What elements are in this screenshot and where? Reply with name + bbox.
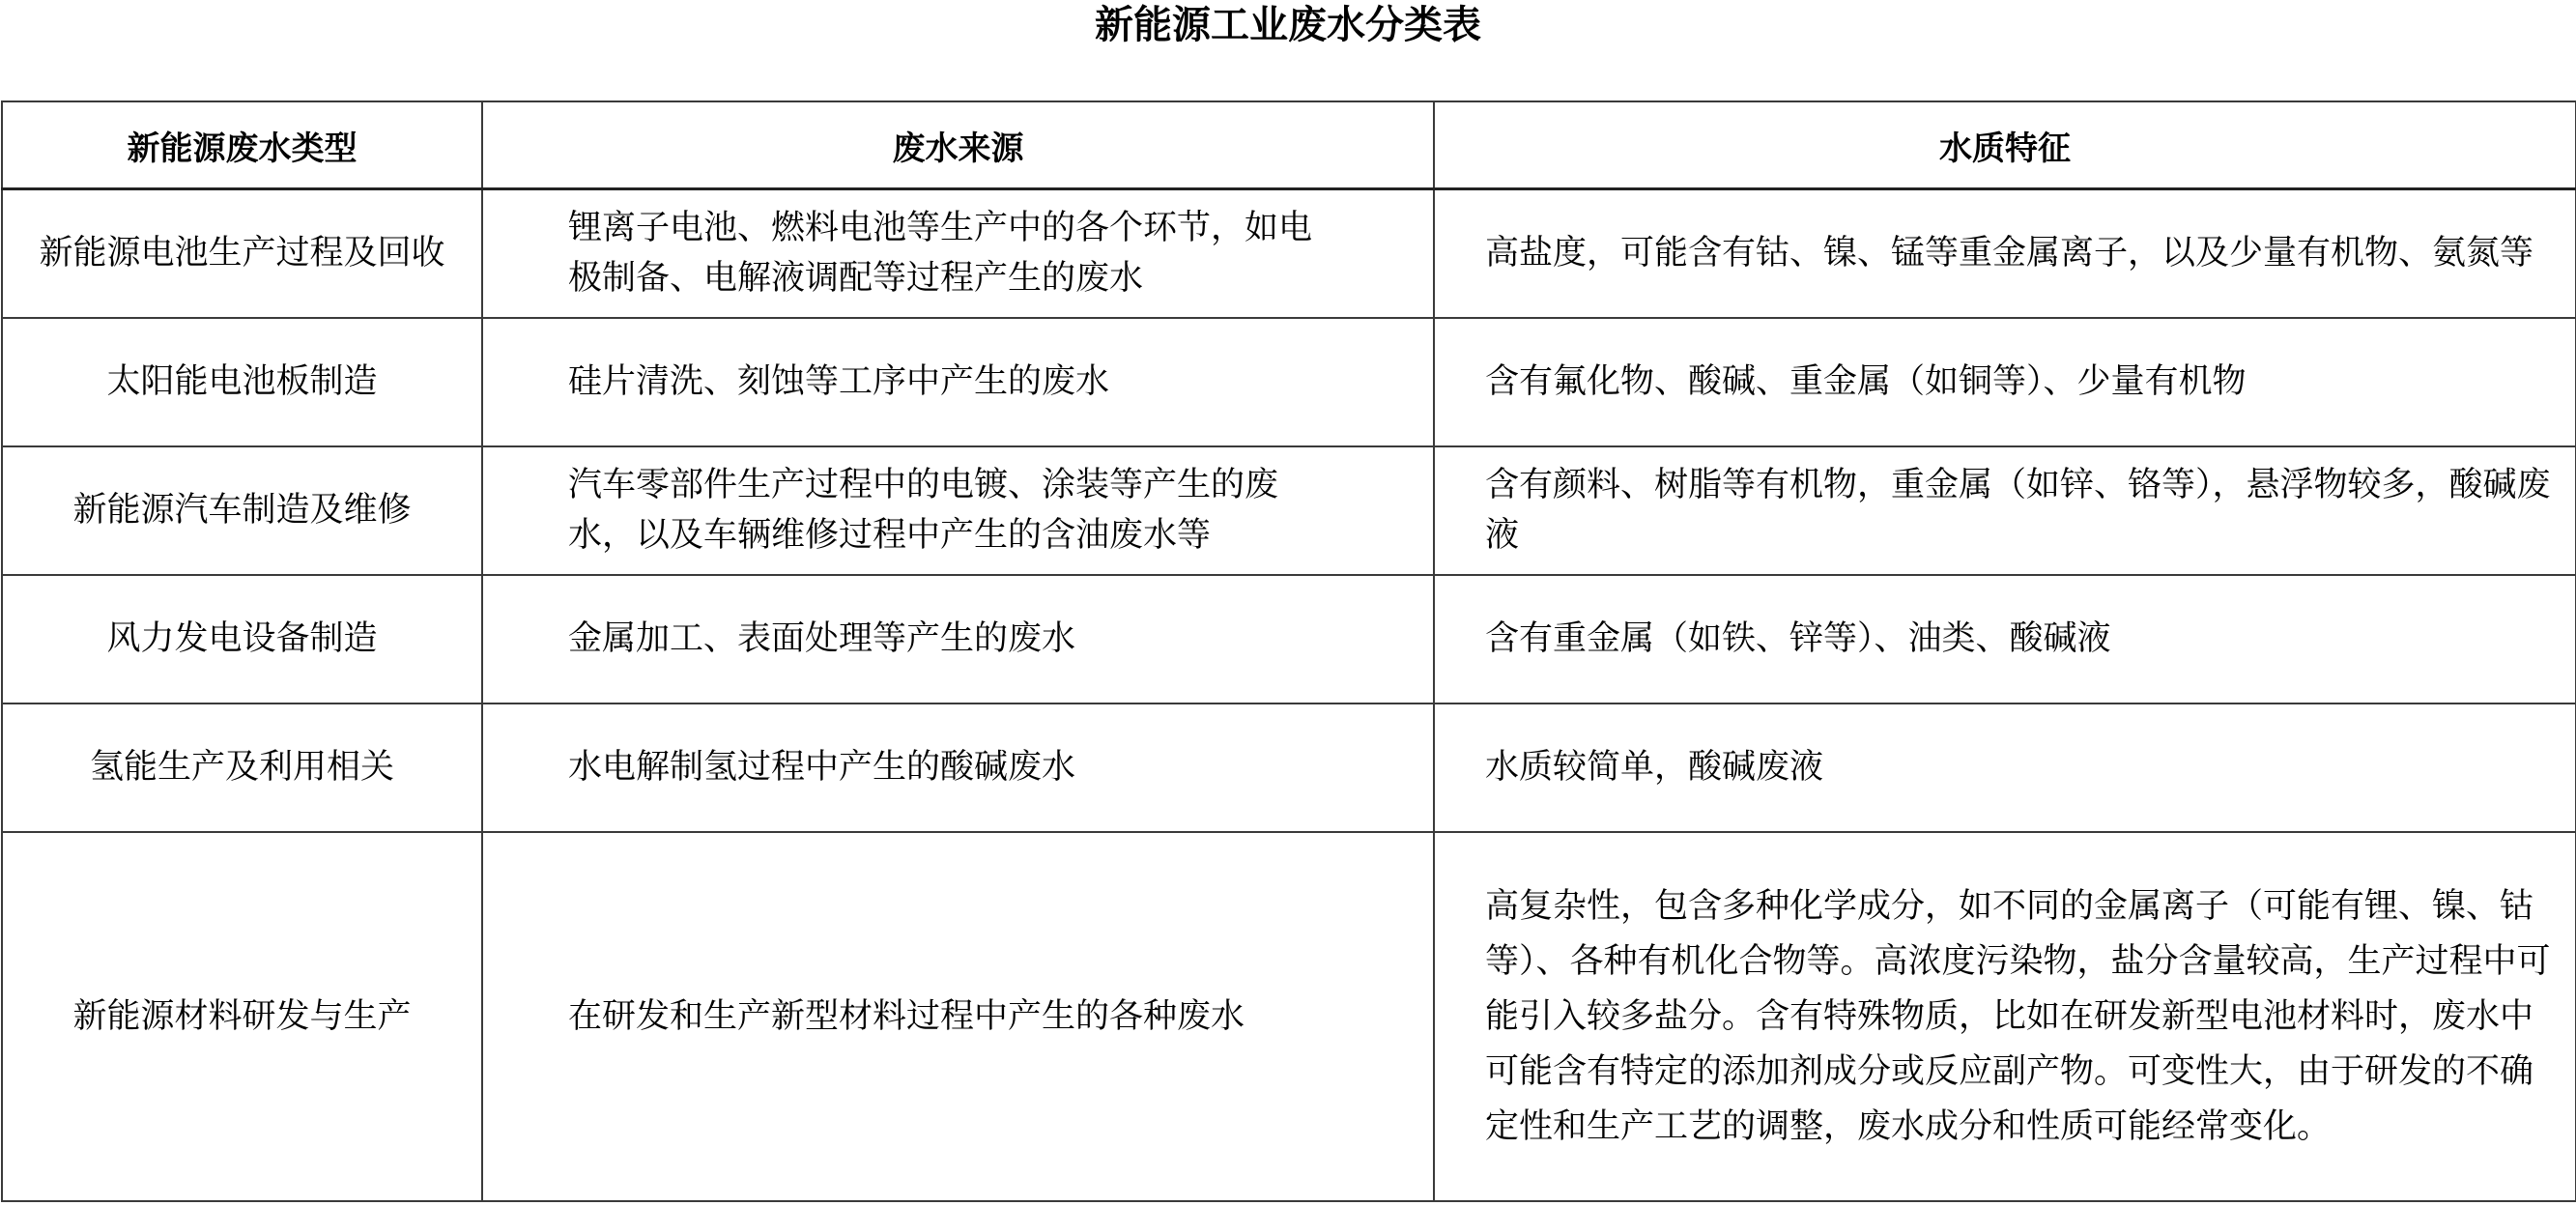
cell-type: 新能源汽车制造及维修 <box>2 446 482 575</box>
wastewater-classification-table: 新能源废水类型 废水来源 水质特征 新能源电池生产过程及回收 锂离子电池、燃料电… <box>1 100 2576 1202</box>
column-header-features: 水质特征 <box>1434 101 2576 189</box>
cell-type: 太阳能电池板制造 <box>2 318 482 446</box>
table-row: 氢能生产及利用相关 水电解制氢过程中产生的酸碱废水 水质较简单，酸碱废液 <box>2 703 2576 832</box>
cell-source-text: 在研发和生产新型材料过程中产生的各种废水 <box>483 991 1433 1042</box>
table-row: 新能源材料研发与生产 在研发和生产新型材料过程中产生的各种废水 高复杂性，包含多… <box>2 832 2576 1201</box>
cell-features: 水质较简单，酸碱废液 <box>1434 703 2576 832</box>
cell-features-text: 含有氟化物、酸碱、重金属（如铜等）、少量有机物 <box>1435 357 2575 407</box>
cell-source-text: 汽车零部件生产过程中的电镀、涂装等产生的废水，以及车辆维修过程中产生的含油废水等 <box>483 460 1433 560</box>
cell-source-text: 锂离子电池、燃料电池等生产中的各个环节，如电极制备、电解液调配等过程产生的废水 <box>483 203 1433 303</box>
cell-source: 在研发和生产新型材料过程中产生的各种废水 <box>482 832 1434 1201</box>
cell-features-text: 高盐度，可能含有钴、镍、锰等重金属离子，以及少量有机物、氨氮等 <box>1435 228 2575 278</box>
cell-features: 高盐度，可能含有钴、镍、锰等重金属离子，以及少量有机物、氨氮等 <box>1434 189 2576 318</box>
page-title: 新能源工业废水分类表 <box>0 0 2576 50</box>
column-header-type: 新能源废水类型 <box>2 101 482 189</box>
cell-source: 锂离子电池、燃料电池等生产中的各个环节，如电极制备、电解液调配等过程产生的废水 <box>482 189 1434 318</box>
table-row: 新能源电池生产过程及回收 锂离子电池、燃料电池等生产中的各个环节，如电极制备、电… <box>2 189 2576 318</box>
cell-features: 含有颜料、树脂等有机物，重金属（如锌、铬等），悬浮物较多，酸碱废液 <box>1434 446 2576 575</box>
cell-type: 风力发电设备制造 <box>2 575 482 703</box>
cell-features-text: 高复杂性，包含多种化学成分，如不同的金属离子（可能有锂、镍、钴等）、各种有机化合… <box>1435 867 2575 1165</box>
cell-features: 含有重金属（如铁、锌等）、油类、酸碱液 <box>1434 575 2576 703</box>
cell-features-text: 含有重金属（如铁、锌等）、油类、酸碱液 <box>1435 614 2575 664</box>
cell-features-text: 含有颜料、树脂等有机物，重金属（如锌、铬等），悬浮物较多，酸碱废液 <box>1435 460 2575 560</box>
cell-type: 新能源电池生产过程及回收 <box>2 189 482 318</box>
cell-source: 硅片清洗、刻蚀等工序中产生的废水 <box>482 318 1434 446</box>
cell-type: 氢能生产及利用相关 <box>2 703 482 832</box>
cell-features-text: 水质较简单，酸碱废液 <box>1435 742 2575 792</box>
cell-source: 水电解制氢过程中产生的酸碱废水 <box>482 703 1434 832</box>
table-header-row: 新能源废水类型 废水来源 水质特征 <box>2 101 2576 189</box>
cell-source-text: 水电解制氢过程中产生的酸碱废水 <box>483 742 1433 792</box>
cell-source: 汽车零部件生产过程中的电镀、涂装等产生的废水，以及车辆维修过程中产生的含油废水等 <box>482 446 1434 575</box>
table-row: 太阳能电池板制造 硅片清洗、刻蚀等工序中产生的废水 含有氟化物、酸碱、重金属（如… <box>2 318 2576 446</box>
column-header-source: 废水来源 <box>482 101 1434 189</box>
cell-features: 含有氟化物、酸碱、重金属（如铜等）、少量有机物 <box>1434 318 2576 446</box>
table-row: 新能源汽车制造及维修 汽车零部件生产过程中的电镀、涂装等产生的废水，以及车辆维修… <box>2 446 2576 575</box>
cell-features: 高复杂性，包含多种化学成分，如不同的金属离子（可能有锂、镍、钴等）、各种有机化合… <box>1434 832 2576 1201</box>
cell-type: 新能源材料研发与生产 <box>2 832 482 1201</box>
cell-source: 金属加工、表面处理等产生的废水 <box>482 575 1434 703</box>
table-row: 风力发电设备制造 金属加工、表面处理等产生的废水 含有重金属（如铁、锌等）、油类… <box>2 575 2576 703</box>
cell-source-text: 金属加工、表面处理等产生的废水 <box>483 614 1433 664</box>
cell-source-text: 硅片清洗、刻蚀等工序中产生的废水 <box>483 357 1433 407</box>
